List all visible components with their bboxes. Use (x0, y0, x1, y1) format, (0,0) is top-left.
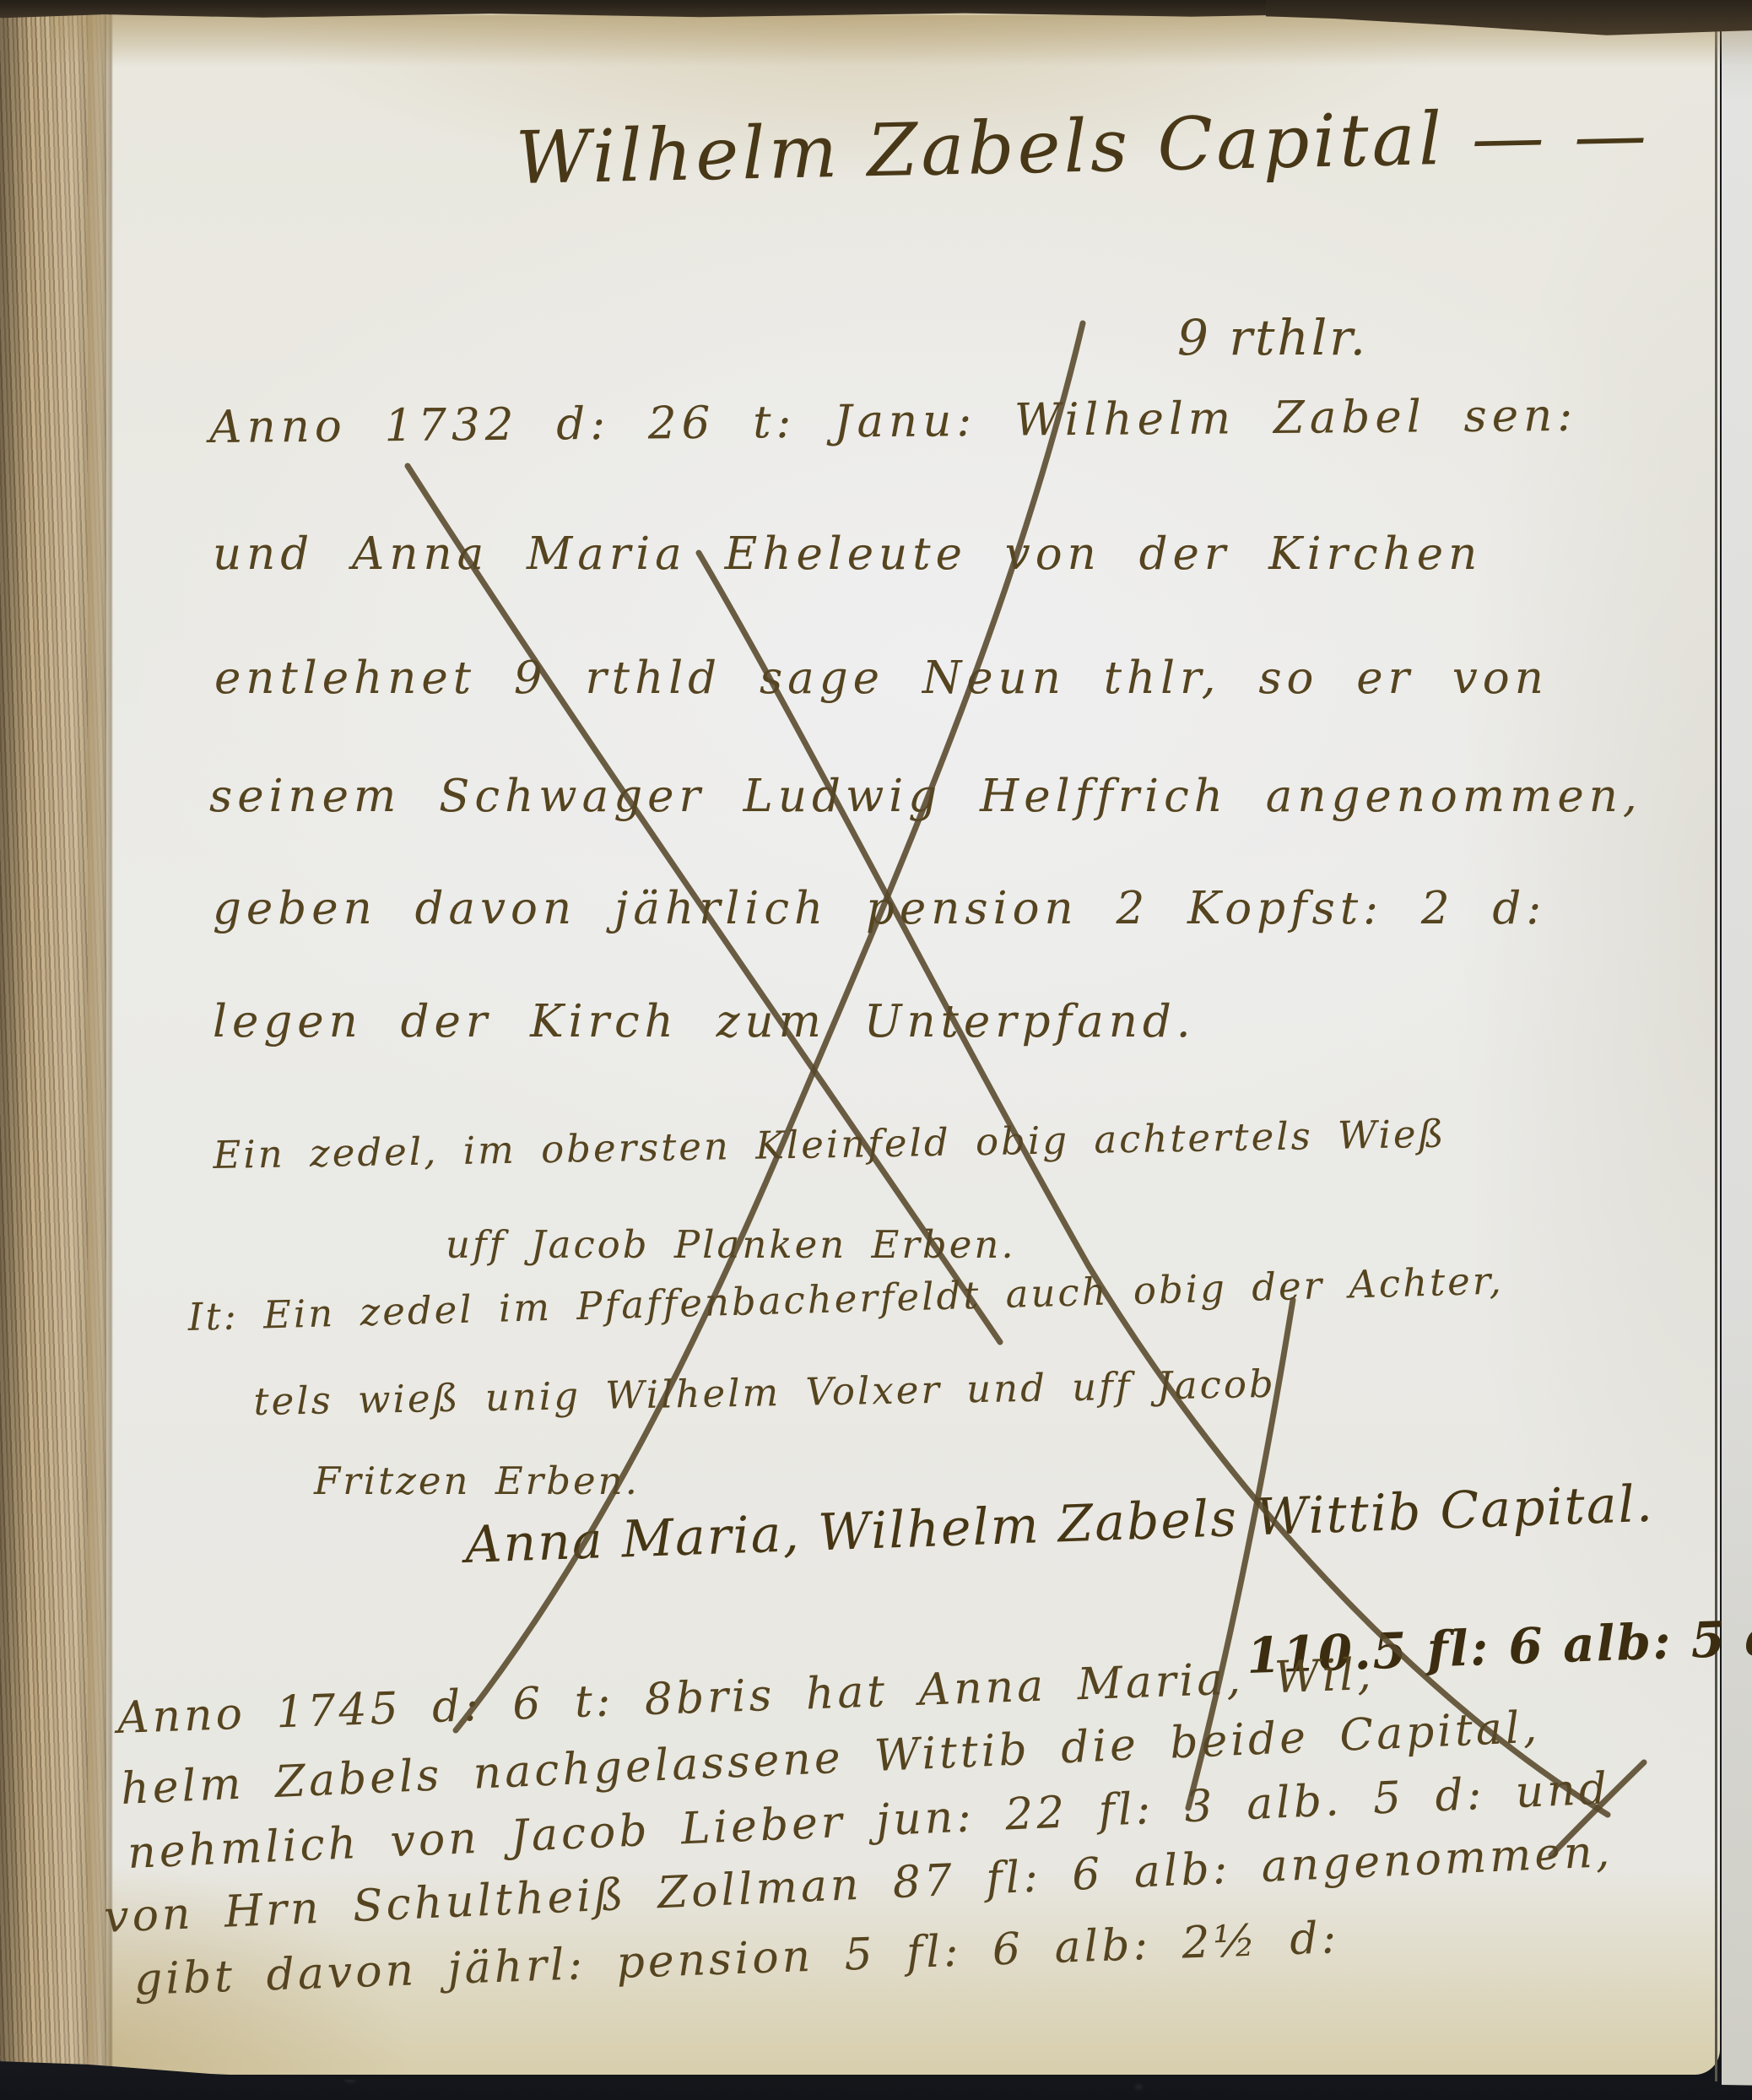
pledge-note-line: Fritzen Erben. (314, 1459, 640, 1503)
entry-1732-line: legen der Kirch zum Unterpfand. (213, 996, 1196, 1047)
page-curl-edge (88, 12, 113, 2070)
entry-1732-line: entlehnet 9 rthld sage Neun thlr, so er … (214, 652, 1549, 704)
facing-page-sliver (1722, 0, 1752, 2092)
entry-1732-line: geben davon jährlich pension 2 Kopfst: 2… (213, 883, 1546, 934)
capital-amount-top: 9 rthlr. (1177, 309, 1368, 366)
pledge-note-line: uff Jacob Planken Erben. (446, 1222, 1016, 1267)
page-gutter-line (1715, 22, 1717, 2081)
entry-1732-line: seinem Schwager Ludwig Helffrich angenom… (209, 771, 1642, 822)
entry-1732-line: und Anna Maria Eheleute von der Kirchen (213, 528, 1482, 580)
manuscript-scan: Wilhelm Zabels Capital — — 9 rthlr. Anno… (0, 0, 1752, 2100)
